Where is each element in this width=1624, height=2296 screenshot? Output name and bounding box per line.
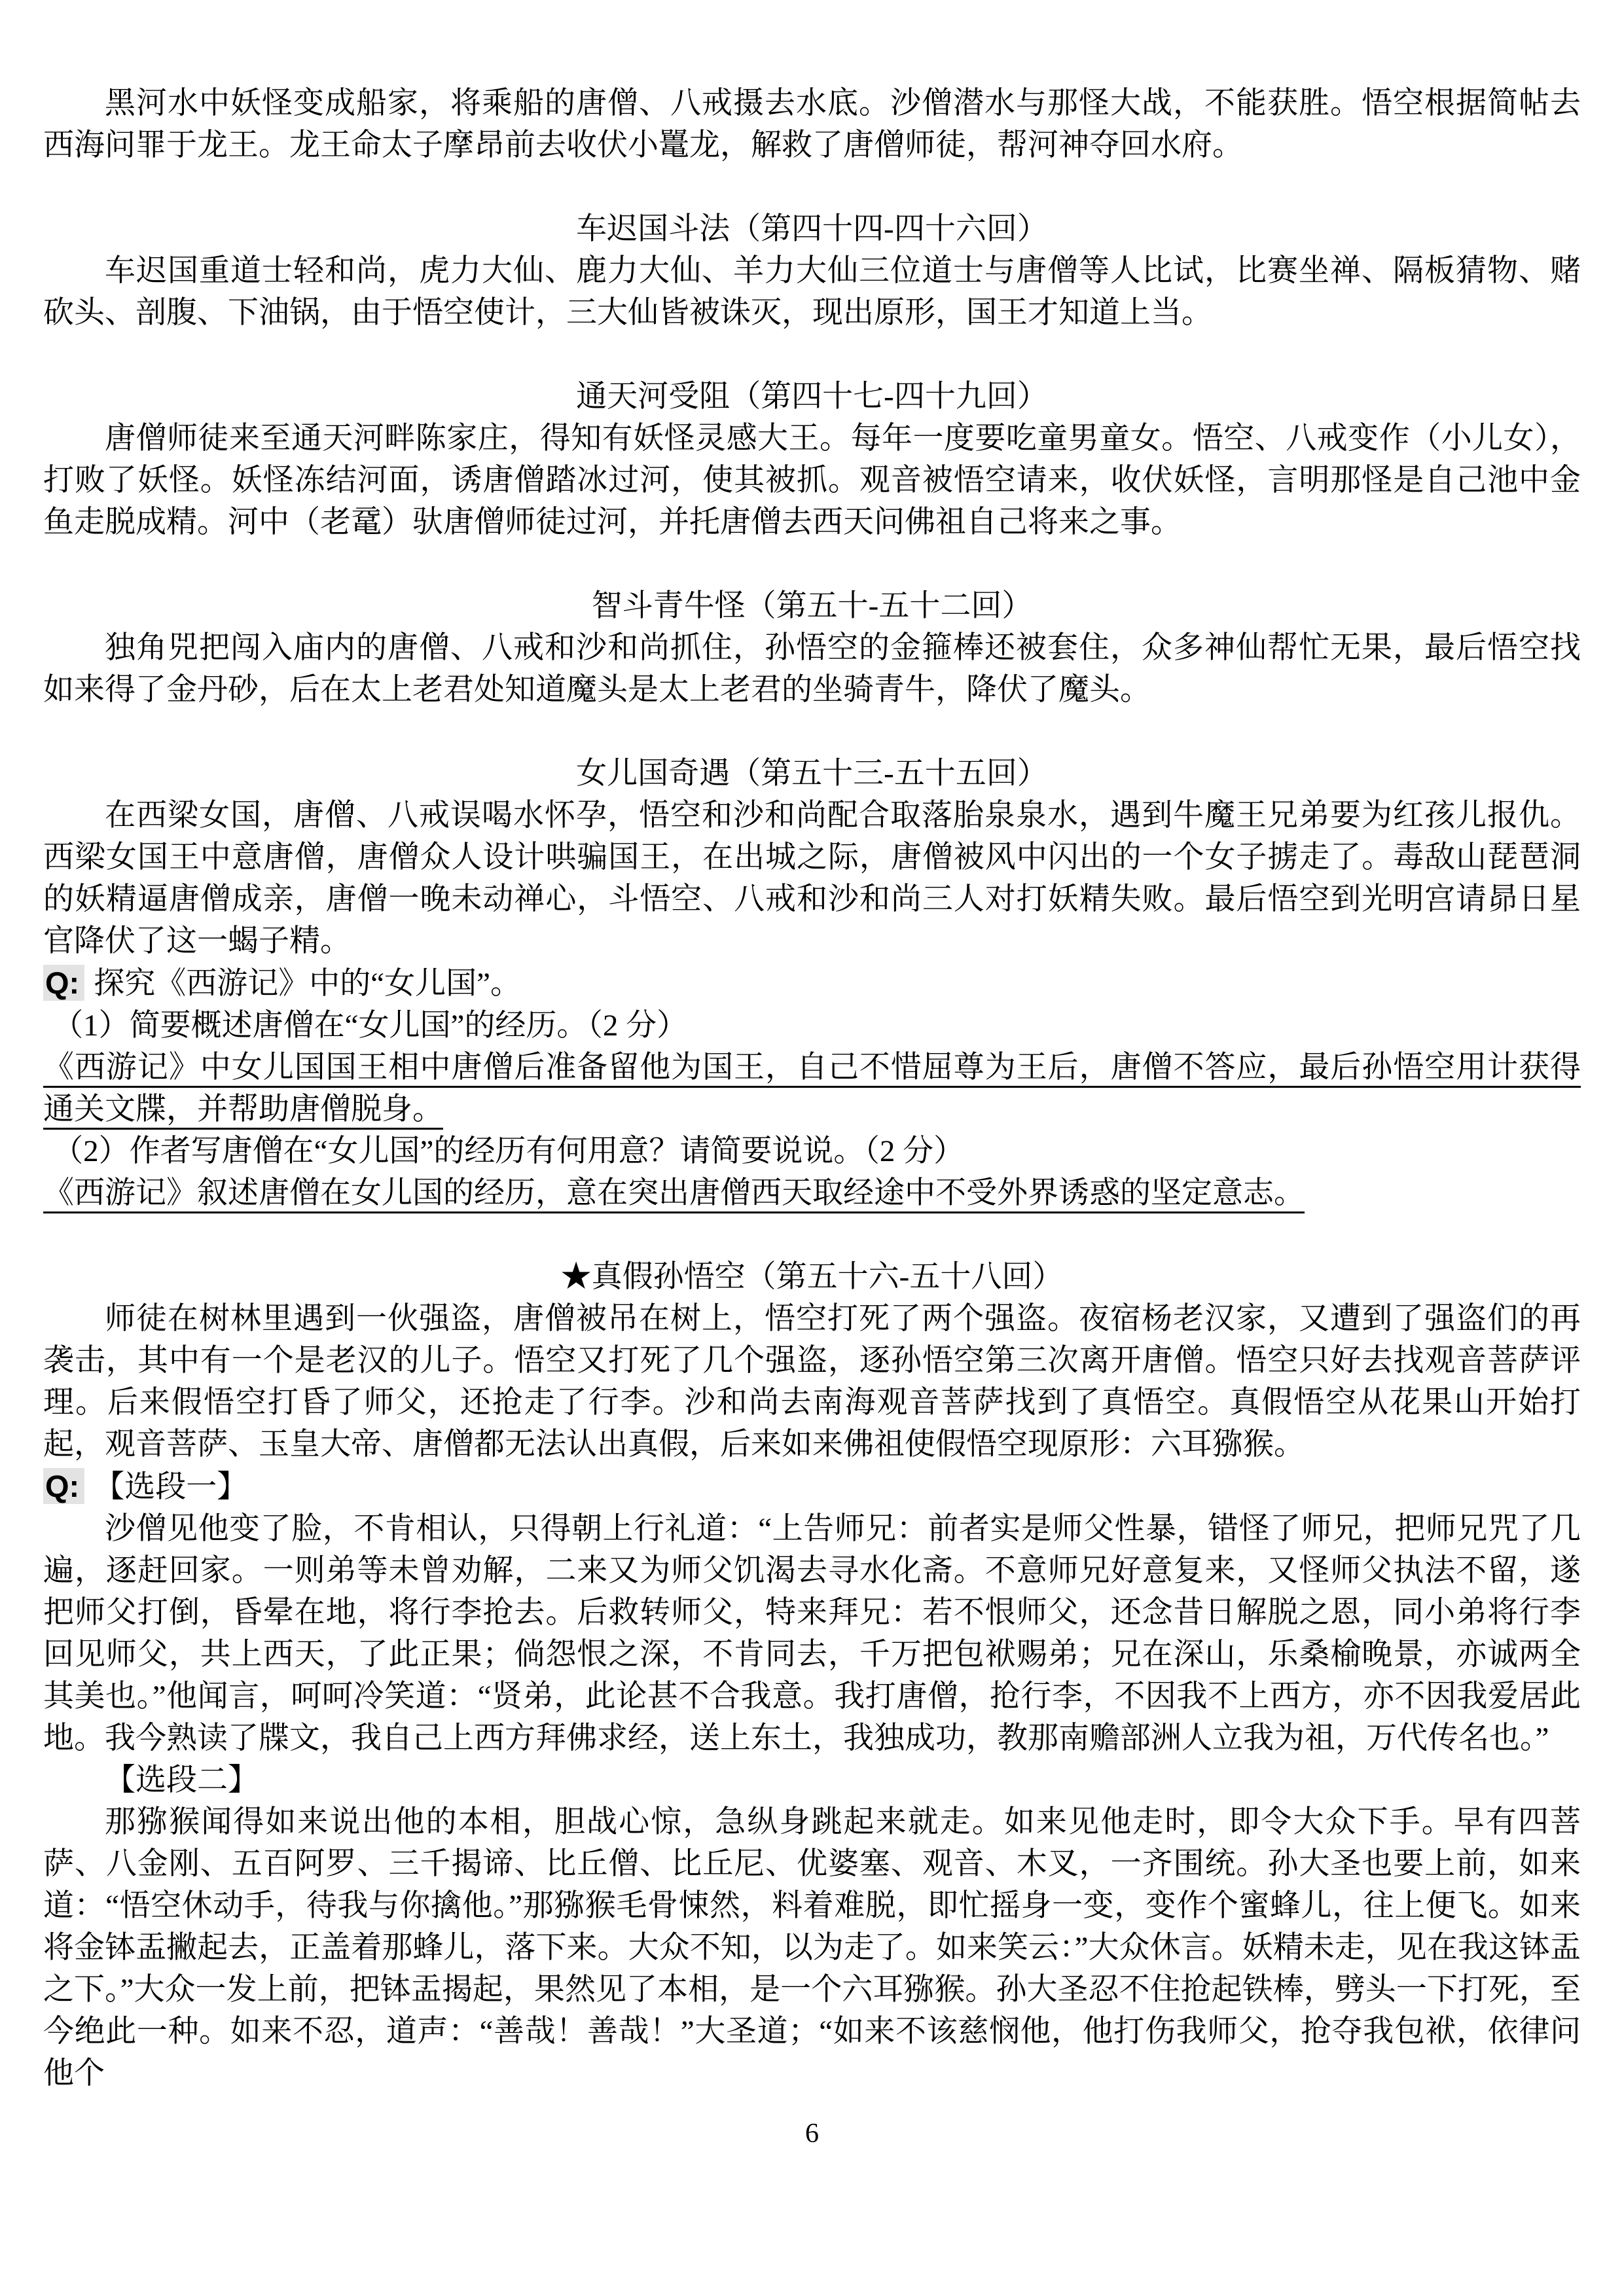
section-paragraph-tongtianhe: 唐僧师徒来至通天河畔陈家庄，得知有妖怪灵感大王。每年一度要吃童男童女。悟空、八戒…	[43, 418, 1581, 543]
document-page: 黑河水中妖怪变成船家，将乘船的唐僧、八戒摄去水底。沙僧潜水与那怪大战，不能获胜。…	[0, 0, 1624, 2296]
question-text: 探究《西游记》中的“女儿国”。	[94, 967, 521, 1001]
answer-2: 《西游记》叙述唐僧在女儿国的经历，意在突出唐僧西天取经途中不受外界诱惑的坚定意志…	[43, 1172, 1581, 1214]
section-heading-tongtianhe: 通天河受阻（第四十七-四十九回）	[43, 376, 1581, 418]
excerpt-2-text: 那猕猴闻得如来说出他的本相，胆战心惊，急纵身跳起来就走。如来见他走时，即令大众下…	[43, 1801, 1581, 2094]
sub-question-1: （1）简要概述唐僧在“女儿国”的经历。（2 分）	[43, 1005, 1581, 1047]
question-marker-2: Q:	[43, 1468, 84, 1504]
answer-1-underlined-text: 《西游记》中女儿国国王相中唐僧后准备留他为国王，自己不惜屈尊为王后，唐僧不答应，…	[43, 1050, 1581, 1126]
section-heading-chechiguo: 车迟国斗法（第四十四-四十六回）	[43, 208, 1581, 250]
question-line-nverguo: Q:探究《西游记》中的“女儿国”。	[43, 962, 1581, 1005]
section-paragraph-zhenjia: 师徒在树林里遇到一伙强盗，唐僧被吊在树上，悟空打死了两个强盗。夜宿杨老汉家，又遭…	[43, 1298, 1581, 1465]
sub-question-2: （2）作者写唐僧在“女儿国”的经历有何用意？请简要说说。（2 分）	[43, 1130, 1581, 1172]
section-heading-zhenjia-sunwukong: ★真假孙悟空（第五十六-五十八回）	[43, 1256, 1581, 1298]
section-heading-qingniuguai: 智斗青牛怪（第五十-五十二回）	[43, 585, 1581, 627]
section-paragraph-qingniuguai: 独角兕把闯入庙内的唐僧、八戒和沙和尚抓住，孙悟空的金箍棒还被套住，众多神仙帮忙无…	[43, 627, 1581, 711]
section-paragraph-chechiguo: 车迟国重道士轻和尚，虎力大仙、鹿力大仙、羊力大仙三位道士与唐僧等人比试，比赛坐禅…	[43, 250, 1581, 334]
excerpt-1-label: 【选段一】	[94, 1470, 247, 1504]
answer-1: 《西游记》中女儿国国王相中唐僧后准备留他为国王，自己不惜屈尊为王后，唐僧不答应，…	[43, 1047, 1581, 1130]
excerpt-2-label: 【选段二】	[43, 1759, 1581, 1801]
intro-paragraph: 黑河水中妖怪变成船家，将乘船的唐僧、八戒摄去水底。沙僧潜水与那怪大战，不能获胜。…	[43, 82, 1581, 166]
section-paragraph-nverguo: 在西梁女国，唐僧、八戒误喝水怀孕，悟空和沙和尚配合取落胎泉泉水，遇到牛魔王兄弟要…	[43, 795, 1581, 962]
page-number: 6	[43, 2117, 1581, 2151]
excerpt-1-text: 沙僧见他变了脸，不肯相认，只得朝上行礼道：“上告师兄：前者实是师父性暴，错怪了师…	[43, 1508, 1581, 1759]
answer-2-underlined-text: 《西游记》叙述唐僧在女儿国的经历，意在突出唐僧西天取经途中不受外界诱惑的坚定意志…	[43, 1176, 1305, 1210]
section-heading-nverguo: 女儿国奇遇（第五十三-五十五回）	[43, 753, 1581, 795]
question-marker: Q:	[43, 965, 84, 1001]
question-line-xuanduan: Q:【选段一】	[43, 1465, 1581, 1508]
